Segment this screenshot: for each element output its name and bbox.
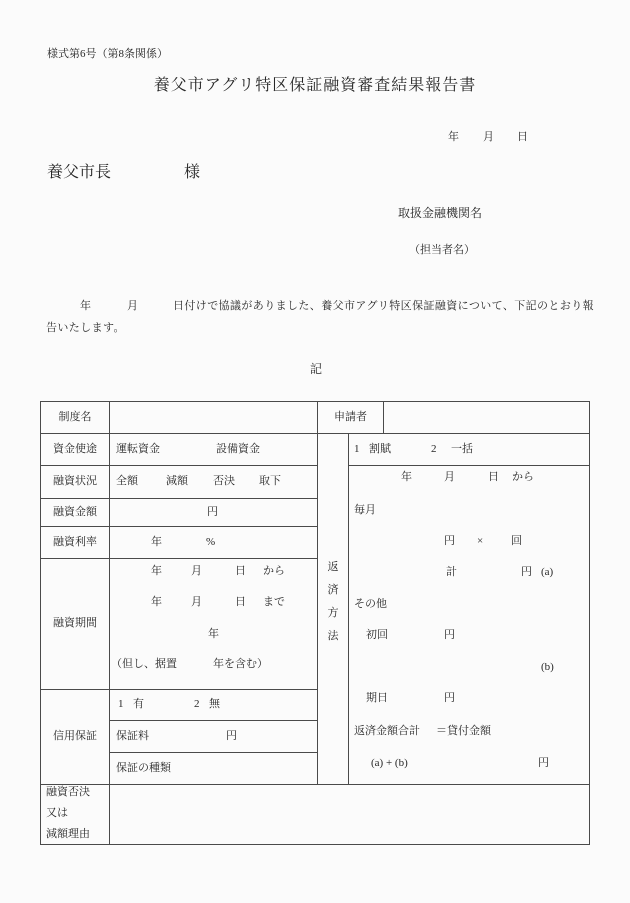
repayment-start-month: 月 — [444, 471, 455, 484]
repayment-other-label: その他 — [354, 598, 387, 611]
repayment-label-char-4: 法 — [320, 630, 346, 643]
grid-line — [109, 720, 317, 721]
repayment-due-yen: 円 — [444, 692, 455, 705]
guarantee-fee-label: 保証料 — [116, 730, 149, 743]
fund-use-option-1: 運転資金 — [116, 443, 160, 456]
repayment-subtotal-yen: 円 — [521, 566, 532, 579]
body-line2-text: 告いたします。 — [46, 322, 125, 335]
rejection-reason-label-line3: 減額理由 — [46, 828, 90, 841]
system-name-label: 制度名 — [41, 411, 109, 424]
repayment-label-char-3: 方 — [320, 607, 346, 620]
grid-line — [109, 402, 110, 844]
body-line1-year: 年 — [80, 300, 91, 313]
period-to-year: 年 — [151, 596, 162, 609]
repayment-subtotal-mark: (a) — [541, 566, 553, 579]
repayment-first-yen: 円 — [444, 629, 455, 642]
guarantee-fee-unit: 円 — [226, 730, 237, 743]
repayment-method-opt2: 一括 — [451, 443, 473, 456]
repayment-method-num1: 1 — [354, 443, 360, 456]
guarantee-choice-opt2: 無 — [209, 698, 220, 711]
repayment-label-char-1: 返 — [320, 561, 346, 574]
repayment-sum-yen: 円 — [538, 757, 549, 770]
repayment-installment-count: 回 — [511, 535, 522, 548]
date-day-label: 日 — [517, 131, 528, 144]
guarantee-choice-num2: 2 — [194, 698, 200, 711]
grid-line — [317, 402, 318, 784]
guarantee-choice-opt1: 有 — [133, 698, 144, 711]
fund-use-label: 資金使途 — [41, 443, 109, 456]
grid-line — [348, 465, 589, 466]
period-to-suffix: まで — [263, 596, 285, 609]
loan-review-table: 制度名 申請者 資金使途 融資状況 融資金額 融資利率 融資期間 信用保証 融資… — [40, 401, 590, 845]
loan-rate-percent: % — [206, 536, 215, 549]
addressee-name: 養父市長 — [47, 164, 111, 182]
financial-institution-label: 取扱金融機関名 — [398, 206, 482, 220]
grid-line — [41, 689, 317, 690]
repayment-method-opt1: 割賦 — [369, 443, 391, 456]
period-note-prefix: （但し、据置 — [111, 658, 177, 671]
body-line1-month: 月 — [127, 300, 138, 313]
loan-period-label: 融資期間 — [41, 617, 109, 630]
repayment-installment-times: × — [477, 535, 483, 548]
form-number: 様式第6号（第8条関係） — [47, 48, 168, 61]
period-to-day: 日 — [235, 596, 246, 609]
record-mark: 記 — [310, 362, 322, 376]
period-from-suffix: から — [263, 565, 285, 578]
repayment-start-day: 日 — [488, 471, 499, 484]
document-page: 様式第6号（第8条関係） 養父市アグリ特区保証融資審査結果報告書 年 月 日 養… — [0, 0, 630, 903]
applicant-label: 申請者 — [318, 411, 383, 424]
repayment-due-label: 期日 — [366, 692, 388, 705]
date-year-label: 年 — [448, 131, 459, 144]
period-to-month: 月 — [191, 596, 202, 609]
fund-use-option-2: 設備資金 — [216, 443, 260, 456]
repayment-installment-yen: 円 — [444, 535, 455, 548]
addressee-honorific: 様 — [184, 164, 200, 182]
loan-rate-year: 年 — [151, 536, 162, 549]
credit-guarantee-label: 信用保証 — [41, 730, 109, 743]
repayment-method-num2: 2 — [431, 443, 437, 456]
loan-amount-label: 融資金額 — [41, 506, 109, 519]
repayment-total-label: 返済金額合計 — [354, 725, 420, 738]
grid-line — [41, 784, 589, 785]
period-from-month: 月 — [191, 565, 202, 578]
loan-status-option-4: 取下 — [259, 475, 281, 488]
guarantee-type-label: 保証の種類 — [116, 762, 171, 775]
repayment-start-suffix: から — [512, 471, 534, 484]
loan-status-option-3: 否決 — [213, 475, 235, 488]
grid-line — [41, 558, 317, 559]
period-note-suffix: 年を含む） — [213, 658, 268, 671]
loan-status-option-2: 減額 — [166, 475, 188, 488]
contact-person-label: （担当者名） — [409, 244, 475, 257]
repayment-b-mark: (b) — [541, 661, 554, 674]
repayment-start-year: 年 — [401, 471, 412, 484]
date-month-label: 月 — [483, 131, 494, 144]
repayment-label-char-2: 済 — [320, 584, 346, 597]
grid-line — [41, 526, 317, 527]
rejection-reason-label-line1: 融資否決 — [46, 786, 90, 799]
loan-rate-label: 融資利率 — [41, 536, 109, 549]
grid-line — [41, 433, 589, 434]
repayment-total-equals: ＝貸付金額 — [436, 725, 491, 738]
repayment-first-label: 初回 — [366, 629, 388, 642]
grid-line — [41, 465, 317, 466]
body-line1-text: 日付けで協議がありました、養父市アグリ特区保証融資について、下記のとおり報 — [173, 300, 594, 313]
period-years-unit: 年 — [208, 628, 219, 641]
loan-status-option-1: 全額 — [116, 475, 138, 488]
grid-line — [348, 433, 349, 784]
guarantee-choice-num1: 1 — [118, 698, 124, 711]
grid-line — [41, 498, 317, 499]
period-from-day: 日 — [235, 565, 246, 578]
loan-status-label: 融資状況 — [41, 475, 109, 488]
repayment-monthly-label: 毎月 — [354, 504, 376, 517]
repayment-subtotal-label: 計 — [446, 566, 457, 579]
period-from-year: 年 — [151, 565, 162, 578]
page-title: 養父市アグリ特区保証融資審査結果報告書 — [0, 76, 630, 96]
grid-line — [383, 402, 384, 433]
grid-line — [109, 752, 317, 753]
loan-amount-unit: 円 — [207, 506, 218, 519]
rejection-reason-label-line2: 又は — [46, 807, 68, 820]
repayment-sum-formula: (a) + (b) — [371, 757, 408, 770]
